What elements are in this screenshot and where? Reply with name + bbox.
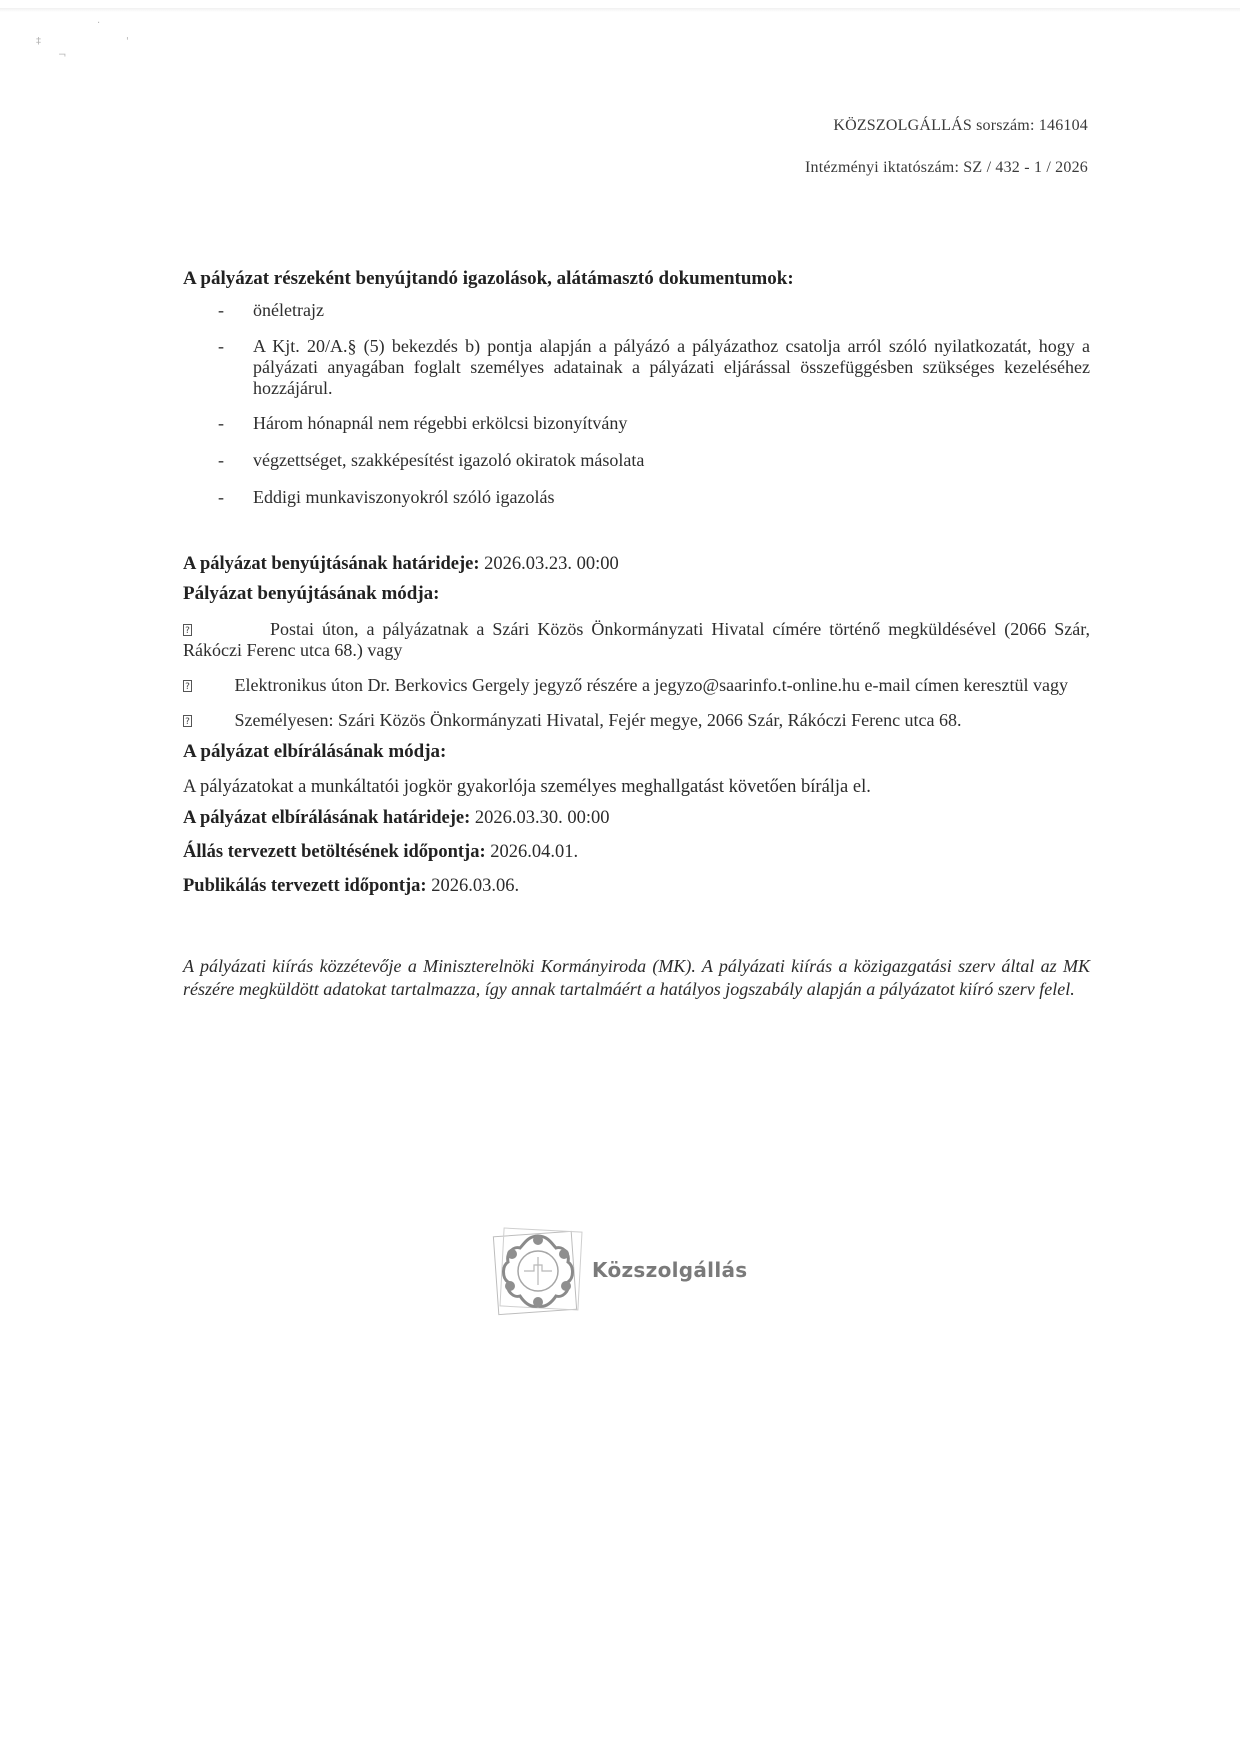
checkbox-glyph-icon: ? xyxy=(183,680,192,692)
date-label: A pályázat elbírálásának határideje: xyxy=(183,808,470,828)
bullet-dash: - xyxy=(218,450,224,471)
evaluation-method-text: A pályázatokat a munkáltatói jogkör gyak… xyxy=(183,777,1090,798)
scan-speck: ' xyxy=(126,36,129,47)
list-item-text: Három hónapnál nem régebbi erkölcsi bizo… xyxy=(253,413,1090,434)
documents-section-title: A pályázat részeként benyújtandó igazolá… xyxy=(183,268,1090,290)
list-item: - önéletrajz xyxy=(183,300,1090,321)
list-item-text: Eddigi munkaviszonyokról szóló igazolás xyxy=(253,487,1090,508)
scan-speck: ‡ xyxy=(36,36,41,47)
list-item: - A Kjt. 20/A.§ (5) bekezdés b) pontja a… xyxy=(183,336,1090,399)
planned-start-date: Állás tervezett betöltésének időpontja: … xyxy=(183,842,1090,863)
list-item: - végzettséget, szakképesítést igazoló o… xyxy=(183,450,1090,471)
submission-option-text: Elektronikus úton Dr. Berkovics Gergely … xyxy=(235,675,1068,695)
filing-number: Intézményi iktatószám: SZ / 432 - 1 / 20… xyxy=(805,159,1088,177)
logo-text: Közszolgállás xyxy=(592,1258,748,1282)
submission-method-title: Pályázat benyújtásának módja: xyxy=(183,583,1090,605)
list-item-text: önéletrajz xyxy=(253,300,1090,321)
bullet-dash: - xyxy=(218,413,224,434)
bullet-dash: - xyxy=(218,336,224,357)
submission-option-personal: ? Személyesen: Szári Közös Önkormányzati… xyxy=(183,710,1090,731)
evaluation-deadline: A pályázat elbírálásának határideje: 202… xyxy=(183,808,1090,829)
submission-option-electronic: ? Elektronikus úton Dr. Berkovics Gergel… xyxy=(183,675,1090,696)
kozszolgalas-logo: Közszolgállás xyxy=(490,1222,748,1318)
date-value: 2026.03.30. 00:00 xyxy=(475,808,610,828)
kozszolgalas-emblem-icon xyxy=(490,1222,586,1318)
checkbox-glyph-icon: ? xyxy=(183,715,192,727)
date-value: 2026.03.06. xyxy=(431,876,519,896)
submission-deadline-label: A pályázat benyújtásának határideje: xyxy=(183,554,480,574)
planned-publication-date: Publikálás tervezett időpontja: 2026.03.… xyxy=(183,876,1090,897)
date-label: Állás tervezett betöltésének időpontja: xyxy=(183,842,486,862)
submission-deadline-value: 2026.03.23. 00:00 xyxy=(484,554,619,574)
evaluation-method-title: A pályázat elbírálásának módja: xyxy=(183,741,1090,763)
documents-list: - önéletrajz - A Kjt. 20/A.§ (5) bekezdé… xyxy=(183,300,1090,508)
serial-number: KÖZSZOLGÁLLÁS sorszám: 146104 xyxy=(833,117,1088,135)
list-item-text: A Kjt. 20/A.§ (5) bekezdés b) pontja ala… xyxy=(253,336,1090,399)
scan-speck: · xyxy=(97,18,100,29)
submission-option-text: Személyesen: Szári Közös Önkormányzati H… xyxy=(235,710,962,730)
submission-option-text: Postai úton, a pályázatnak a Szári Közös… xyxy=(183,619,1090,660)
submission-deadline: A pályázat benyújtásának határideje: 202… xyxy=(183,554,1090,575)
list-item-text: végzettséget, szakképesítést igazoló oki… xyxy=(253,450,1090,471)
document-body: A pályázat részeként benyújtandó igazolá… xyxy=(183,268,1090,1019)
submission-option-post: ? Postai úton, a pályázatnak a Szári Köz… xyxy=(183,619,1090,661)
scan-speck: ¬ xyxy=(58,50,66,61)
bullet-dash: - xyxy=(218,487,224,508)
date-value: 2026.04.01. xyxy=(490,842,578,862)
bullet-dash: - xyxy=(218,300,224,321)
publisher-note: A pályázati kiírás közzétevője a Miniszt… xyxy=(183,955,1090,1001)
list-item: - Három hónapnál nem régebbi erkölcsi bi… xyxy=(183,413,1090,434)
date-label: Publikálás tervezett időpontja: xyxy=(183,876,427,896)
checkbox-glyph-icon: ? xyxy=(183,624,192,636)
list-item: - Eddigi munkaviszonyokról szóló igazolá… xyxy=(183,487,1090,508)
scan-edge xyxy=(0,8,1240,12)
